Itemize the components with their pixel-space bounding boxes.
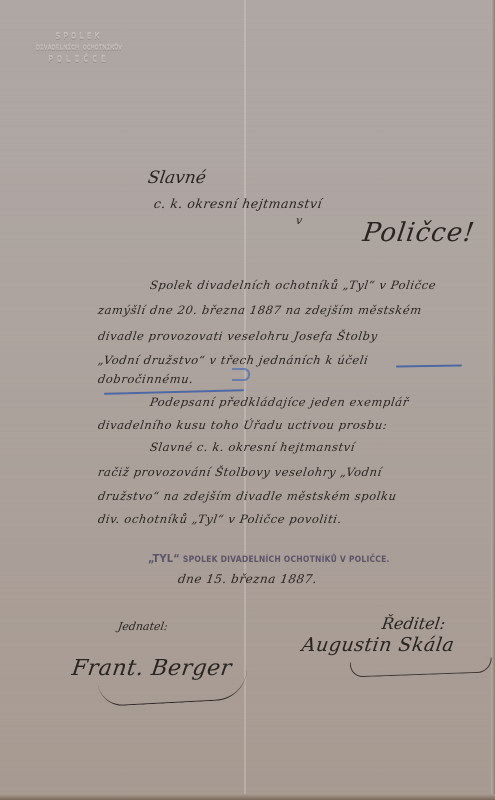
seal-line-3: POLIČCE	[20, 55, 138, 64]
body-line: divadelního kusu toho Úřadu uctivou pros…	[97, 418, 388, 432]
body-line: dobročinnému.	[97, 372, 195, 386]
body-line: Podepsaní předkládajíce jeden exemplář	[149, 395, 410, 409]
seal-line-2: DIVADELNÍCH OCHOTNÍKŮV	[20, 44, 138, 52]
signatory-role-secretary: Jednatel:	[117, 620, 169, 633]
blue-pencil-mark	[232, 368, 250, 381]
address-city: Poličce!	[361, 218, 477, 248]
paper-edge-right	[491, 0, 495, 800]
signature-director: Augustin Skála	[300, 634, 455, 656]
stamp-tyl: „TYL“	[148, 552, 180, 565]
paper-edge-bottom	[0, 794, 495, 800]
body-line: račiž provozování Štolbovy veselohry „Vo…	[97, 465, 383, 479]
address-office: c. k. okresní hejtmanství	[153, 196, 323, 211]
seal-line-1: SPOLEK	[20, 32, 138, 41]
body-line: Spolek divadelních ochotníků „Tyl“ v Pol…	[149, 278, 437, 292]
letter-date: dne 15. března 1887.	[177, 572, 318, 586]
body-line: div. ochotníků „Tyl“ v Poličce povoliti.	[97, 512, 343, 526]
stamp-text: SPOLEK DIVADELNÍCH OCHOTNÍKŮ V POLIČCE.	[180, 555, 390, 565]
address-salutation: Slavné	[147, 168, 208, 188]
body-line: Slavné c. k. okresní hejtmanství	[149, 440, 356, 454]
body-line: družstvo“ na zdejším divadle městském sp…	[97, 489, 398, 503]
body-line: divadle provozovati veselohru Josefa Što…	[97, 329, 379, 343]
signatory-role-director: Ředitel:	[381, 614, 447, 633]
body-line: „Vodní družstvo“ v třech jednáních k úče…	[97, 353, 369, 367]
society-stamp: „TYL“ SPOLEK DIVADELNÍCH OCHOTNÍKŮ V POL…	[148, 552, 390, 565]
body-line: zamýšlí dne 20. března 1887 na zdejším m…	[97, 303, 423, 317]
embossed-seal: SPOLEK DIVADELNÍCH OCHOTNÍKŮV POLIČCE	[20, 32, 138, 64]
